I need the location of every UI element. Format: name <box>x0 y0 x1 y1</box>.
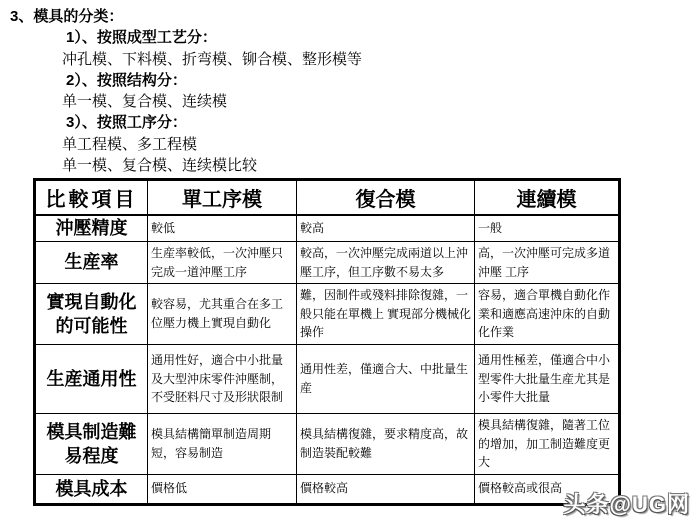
table-cell: 較高 <box>297 215 475 242</box>
table-cell: 生産率較低，一次沖壓只完成一道沖壓工序 <box>148 242 297 284</box>
outline-item-3: 单工程模、多工程模 <box>62 134 696 155</box>
table-header-row: 比較項目 單工序模 復合模 連續模 <box>35 180 620 215</box>
header-progressive-die: 連續模 <box>475 180 620 215</box>
table-row-stamping-precision: 沖壓精度 較低 較高 一般 <box>35 215 620 242</box>
outline-notes: 3、模具的分类： 1）、按照成型工艺分： 冲孔模、下料模、折弯模、铆合模、整形模… <box>0 6 696 176</box>
table-row-production-versatility: 生産通用性 通用性好，適合中小批量及大型沖床零件沖壓制，不受胚料尺寸及形狀限制 … <box>35 344 620 413</box>
row-label: 模具制造難易程度 <box>35 413 148 474</box>
row-label: 模具成本 <box>35 474 148 504</box>
table-row-automation-possibility: 實現自動化的可能性 較容易，尤其重合在多工位壓力機上實現自動化 難，因制件或殘料… <box>35 284 620 345</box>
row-label: 實現自動化的可能性 <box>35 284 148 345</box>
document-page: 3、模具的分类： 1）、按照成型工艺分： 冲孔模、下料模、折弯模、铆合模、整形模… <box>0 0 696 521</box>
table-cell: 模具結構復雜，隨著工位的增加，加工制造難度更大 <box>475 413 620 474</box>
outline-heading-3: 3）、按照工序分： <box>66 112 696 133</box>
outline-item-4: 单一模、复合模、连续模比较 <box>62 155 696 176</box>
outline-heading-1: 1）、按照成型工艺分： <box>66 27 696 48</box>
row-label: 沖壓精度 <box>35 215 148 242</box>
table-cell: 容易，適合單機自動化作業和適應高速沖床的自動化作業 <box>475 284 620 345</box>
header-compound-die: 復合模 <box>297 180 475 215</box>
header-compare-item: 比較項目 <box>35 180 148 215</box>
table-cell: 較容易，尤其重合在多工位壓力機上實現自動化 <box>148 284 297 345</box>
comparison-table: 比較項目 單工序模 復合模 連續模 沖壓精度 較低 較高 一般 生産率 生産率較… <box>33 178 621 506</box>
table-cell: 一般 <box>475 215 620 242</box>
table-cell: 較低 <box>148 215 297 242</box>
table-cell: 難，因制件或殘料排除復雜，一般只能在單機上 實現部分機械化操作 <box>297 284 475 345</box>
table-cell: 通用性極差，僅適合中小型零件大批量生産尤其是小零件大批量 <box>475 344 620 413</box>
table-row-productivity: 生産率 生産率較低，一次沖壓只完成一道沖壓工序 較高，一次沖壓完成兩道以上沖壓工… <box>35 242 620 284</box>
header-single-process-die: 單工序模 <box>148 180 297 215</box>
table-row-manufacturing-difficulty: 模具制造難易程度 模具結構簡單制造周期短，容易制造 模具結構復雜，要求精度高，故… <box>35 413 620 474</box>
outline-heading-2: 2）、按照结构分： <box>66 70 696 91</box>
table-row-die-cost: 模具成本 價格低 價格較高 價格較高或很高 <box>35 474 620 504</box>
table-cell: 較高，一次沖壓完成兩道以上沖壓工序，但工序數不易太多 <box>297 242 475 284</box>
table-cell: 模具結構簡單制造周期短，容易制造 <box>148 413 297 474</box>
table-cell: 價格低 <box>148 474 297 504</box>
row-label: 生産通用性 <box>35 344 148 413</box>
outline-item-1: 冲孔模、下料模、折弯模、铆合模、整形模等 <box>62 49 696 70</box>
table-cell: 通用性差，僅適合大、中批量生産 <box>297 344 475 413</box>
row-label: 生産率 <box>35 242 148 284</box>
table-cell: 通用性好，適合中小批量及大型沖床零件沖壓制，不受胚料尺寸及形狀限制 <box>148 344 297 413</box>
outline-item-2: 单一模、复合模、连续模 <box>62 91 696 112</box>
table-cell: 價格較高 <box>297 474 475 504</box>
watermark-toutiao-ug: 头条@UG网 <box>564 488 690 519</box>
table-cell: 高，一次沖壓可完成多道沖壓 工序 <box>475 242 620 284</box>
table-cell: 模具結構復雜，要求精度高，故制造裝配較難 <box>297 413 475 474</box>
section-title: 3、模具的分类： <box>10 6 696 27</box>
